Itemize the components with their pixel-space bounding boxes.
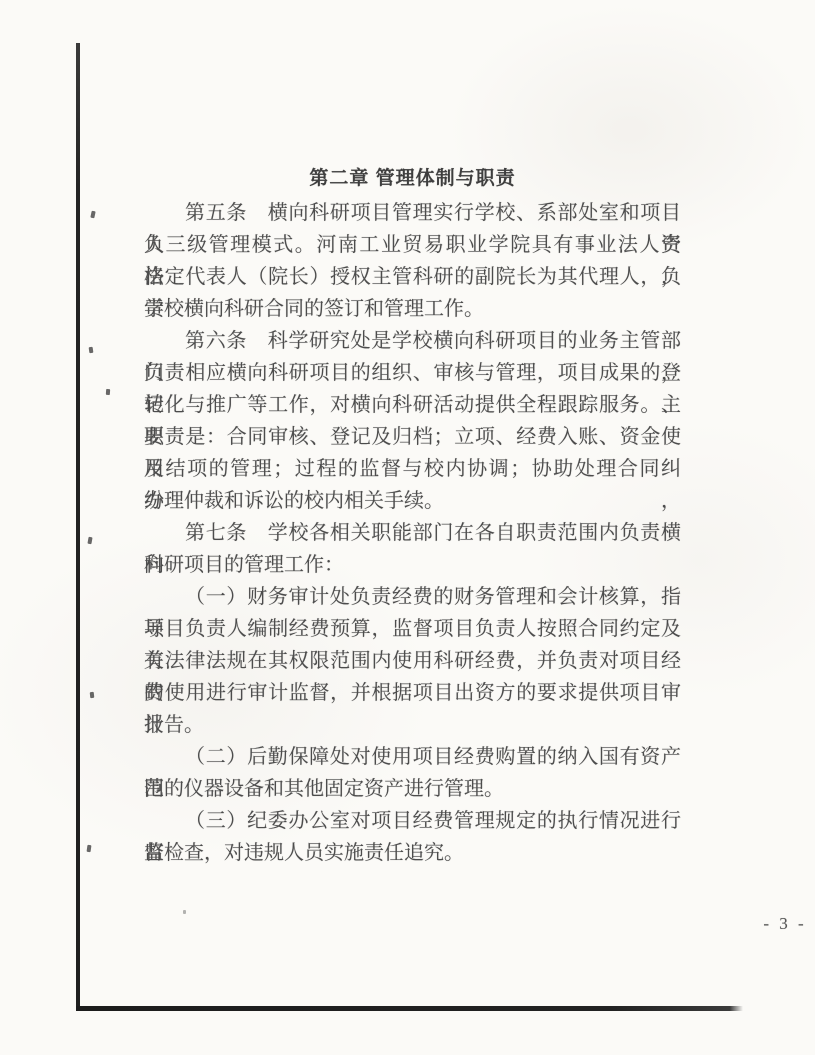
- text-line: 围的仪器设备和其他固定资产进行管理。: [144, 773, 681, 805]
- text-line: 关法律法规在其权限范围内使用科研经费，并负责对项目经费: [144, 645, 681, 677]
- text-line: 学校横向科研合同的签订和管理工作。: [144, 293, 681, 325]
- page-left-edge: [76, 43, 80, 1011]
- chapter-title: 第二章 管理体制与职责: [144, 163, 681, 190]
- text-line: （一）财务审计处负责经费的财务管理和会计核算，指导: [144, 581, 681, 613]
- text-line: 转化与推广等工作，对横向科研活动提供全程跟踪服务。主要: [144, 389, 681, 421]
- text-line: 第七条 学校各相关职能部门在各自职责范围内负责横向: [144, 517, 681, 549]
- text-line: 的使用进行审计监督，并根据项目出资方的要求提供项目审计: [144, 677, 681, 709]
- page-number: - 3 -: [740, 912, 815, 936]
- text-line: 法定代表人（院长）授权主管科研的副院长为其代理人，负责: [144, 261, 681, 293]
- text-line: 科研项目的管理工作：: [144, 549, 681, 581]
- text-line: 第六条 科学研究处是学校横向科研项目的业务主管部门，: [144, 325, 681, 357]
- text-line: 人三级管理模式。河南工业贸易职业学院具有事业法人资格，: [144, 229, 681, 261]
- scan-artifact: [90, 692, 95, 698]
- text-line: 督检查，对违规人员实施责任追究。: [144, 837, 681, 869]
- text-line: 负责相应横向科研项目的组织、审核与管理，项目成果的登记、: [144, 357, 681, 389]
- scan-artifact: [87, 537, 92, 545]
- scan-artifact: [89, 347, 94, 353]
- text-line: （二）后勤保障处对使用项目经费购置的纳入国有资产范: [144, 741, 681, 773]
- text-line: 项目负责人编制经费预算，监督项目负责人按照合同约定及有: [144, 613, 681, 645]
- scan-artifact: [106, 389, 110, 395]
- text-line: 第五条 横向科研项目管理实行学校、系部处室和项目负责: [144, 197, 681, 229]
- scan-artifact: [87, 845, 92, 852]
- text-column: 第二章 管理体制与职责 第五条 横向科研项目管理实行学校、系部处室和项目负责人三…: [144, 0, 681, 1055]
- text-line: 报告。: [144, 709, 681, 741]
- scan-artifact: [90, 211, 95, 219]
- scanned-document-page: 第二章 管理体制与职责 第五条 横向科研项目管理实行学校、系部处室和项目负责人三…: [0, 0, 815, 1055]
- article-body: 第五条 横向科研项目管理实行学校、系部处室和项目负责人三级管理模式。河南工业贸易…: [144, 197, 681, 869]
- text-line: 职责是：合同审核、登记及归档；立项、经费入账、资金使用: [144, 421, 681, 453]
- text-line: （三）纪委办公室对项目经费管理规定的执行情况进行监: [144, 805, 681, 837]
- text-line: 及结项的管理；过程的监督与校内协调；协助处理合同纠纷，: [144, 453, 681, 485]
